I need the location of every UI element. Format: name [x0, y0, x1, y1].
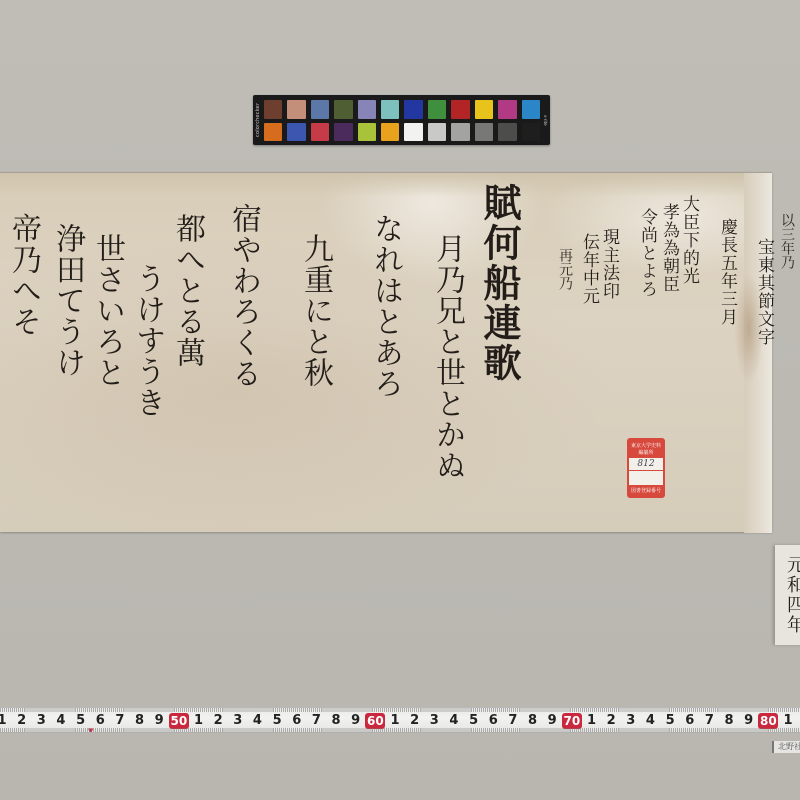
color-checker-chart: colorchecker x-rite [253, 95, 550, 145]
ruler-label: 3 [425, 713, 443, 729]
ruler-label: 70 [562, 713, 582, 729]
ruler-label: 8 [720, 713, 738, 729]
accession-label: 東京大学史料編纂所 812 図書登録番号 [627, 438, 665, 498]
text-column: 九重にと秋 [300, 233, 330, 388]
ruler-label: 4 [641, 713, 659, 729]
color-swatch [475, 123, 493, 142]
ruler-label: 2 [209, 713, 227, 729]
photo-background: colorchecker x-rite 賦何船連歌 月乃兄と世とかぬ なれはとあ… [0, 0, 800, 800]
ruler-label: 7 [504, 713, 522, 729]
ruler-label: 2 [406, 713, 424, 729]
color-swatch [451, 123, 469, 142]
ruler-ticks [0, 728, 800, 732]
color-swatch [334, 100, 352, 119]
text-column: 月乃兄と世とかぬ [432, 233, 462, 481]
ruler-label: 8 [524, 713, 542, 729]
annotation-column: 伝年中元 [580, 233, 597, 305]
ruler-ticks [0, 708, 800, 712]
ruler-label: 1 [583, 713, 601, 729]
color-swatch [287, 100, 305, 119]
ruler-label: 8 [327, 713, 345, 729]
annotation-column: 大臣下的光 [680, 195, 697, 285]
annotation-column: 以三年乃 [780, 213, 794, 269]
ruler-label: 5 [268, 713, 286, 729]
ruler-label: 4 [445, 713, 463, 729]
annotation-column: 現主法印 [600, 228, 617, 300]
color-swatch [381, 123, 399, 142]
color-swatch [311, 123, 329, 142]
color-swatch [404, 123, 422, 142]
ruler-label: 5 [72, 713, 90, 729]
color-checker-brand: colorchecker [255, 101, 263, 139]
ruler-label: 1 [190, 713, 208, 729]
ruler-label: 1 [386, 713, 404, 729]
ruler-labels: 1234567895012345678960123456789701234567… [0, 713, 800, 729]
annotation-column: 慶長五年三月 [718, 218, 735, 326]
ruler-label: 3 [622, 713, 640, 729]
accession-label-header: 東京大学史料編纂所 [629, 440, 663, 458]
collection-tag: 北野社 [772, 741, 800, 753]
manuscript-paper: 賦何船連歌 月乃兄と世とかぬ なれはとあろ 九重にと秋 宿やわろくる 都へとる萬… [0, 172, 772, 532]
ruler-label: 2 [13, 713, 31, 729]
ruler-label: 9 [740, 713, 758, 729]
text-column: なれはとあろ [370, 213, 400, 399]
ruler-label: 80 [758, 713, 778, 729]
accession-label-footer: 図書登録番号 [629, 485, 663, 496]
ruler-label: 1 [779, 713, 797, 729]
ruler-label: 6 [288, 713, 306, 729]
date-slip: 元和四年 [775, 545, 800, 645]
color-swatch [451, 100, 469, 119]
color-swatch [264, 100, 282, 119]
color-swatch [498, 100, 516, 119]
title-column: 賦何船連歌 [480, 183, 518, 383]
measuring-tape: 1234567895012345678960123456789701234567… [0, 707, 800, 733]
ruler-label: 6 [681, 713, 699, 729]
ruler-label: 9 [347, 713, 365, 729]
ruler-label: 8 [131, 713, 149, 729]
ruler-label: 2 [602, 713, 620, 729]
paper-edge [0, 173, 772, 197]
ruler-label: 50 [169, 713, 189, 729]
ruler-label: 9 [150, 713, 168, 729]
ruler-label: 6 [484, 713, 502, 729]
ruler-label: 7 [700, 713, 718, 729]
color-swatch [428, 100, 446, 119]
color-swatch [381, 100, 399, 119]
ruler-label: 3 [229, 713, 247, 729]
annotation-column: 令尚とよろ [638, 208, 655, 298]
color-swatch [428, 123, 446, 142]
color-swatch [311, 100, 329, 119]
color-swatch-grid [264, 100, 540, 141]
color-swatch [287, 123, 305, 142]
text-column: 浄田てうけ [52, 223, 82, 378]
ruler-label: 7 [307, 713, 325, 729]
color-swatch [475, 100, 493, 119]
text-column: 世さいろと [92, 233, 122, 388]
color-swatch [522, 100, 540, 119]
ruler-label: 9 [543, 713, 561, 729]
annotation-column: 孝為為朝臣 [660, 203, 677, 293]
accession-number: 812 [629, 458, 663, 471]
accession-blank [629, 471, 663, 485]
date-slip-text: 元和四年 [781, 555, 800, 635]
color-swatch [358, 100, 376, 119]
color-swatch [264, 123, 282, 142]
ruler-label: 3 [32, 713, 50, 729]
color-swatch [358, 123, 376, 142]
ruler-label: 4 [248, 713, 266, 729]
text-column: うけすうき [132, 263, 162, 418]
ruler-label: 4 [52, 713, 70, 729]
annotation-column: 宝東其節文字 [755, 238, 772, 346]
text-column: 宿やわろくる [228, 203, 258, 389]
ruler-label: 5 [661, 713, 679, 729]
text-column: 都へとる萬 [172, 213, 202, 368]
text-column: 帝乃へそ [8, 213, 38, 337]
x-rite-logo: x-rite [542, 109, 548, 131]
color-swatch [334, 123, 352, 142]
ruler-label: 6 [91, 713, 109, 729]
ruler-label: 7 [111, 713, 129, 729]
color-swatch [404, 100, 422, 119]
ruler-label: 5 [465, 713, 483, 729]
ruler-label: 60 [365, 713, 385, 729]
ruler-label: 1 [0, 713, 11, 729]
color-swatch [498, 123, 516, 142]
color-swatch [522, 123, 540, 142]
annotation-column: 再元乃 [558, 248, 572, 290]
